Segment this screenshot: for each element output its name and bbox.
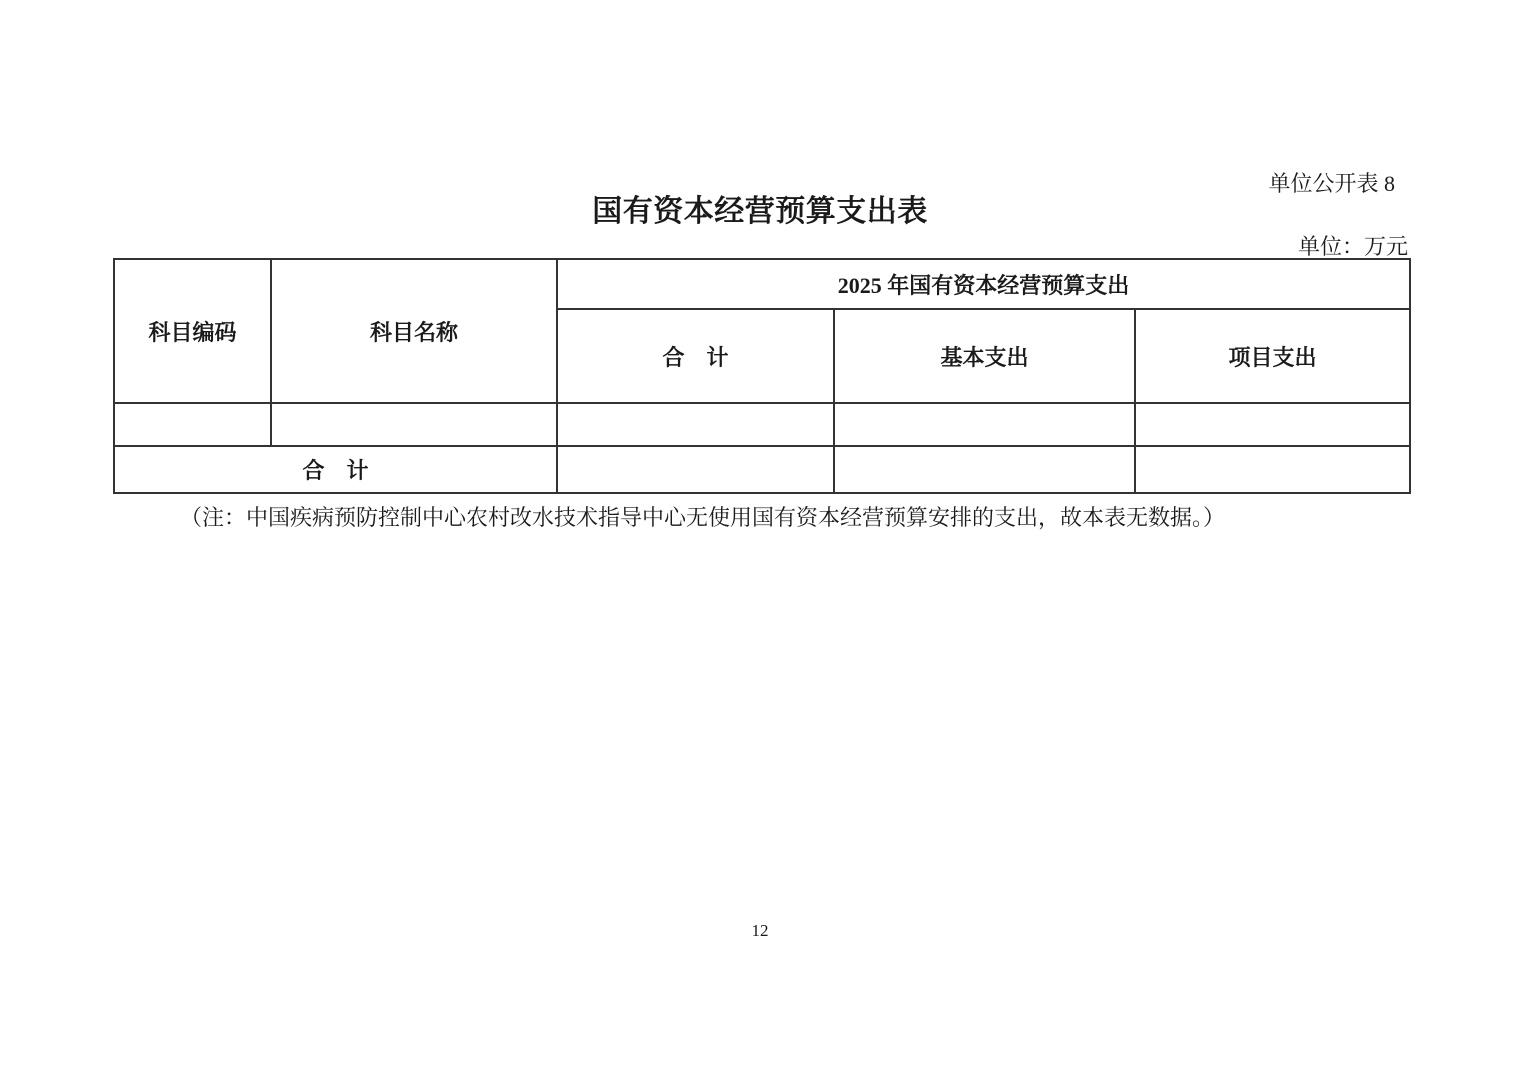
header-subject-name: 科目名称 xyxy=(271,259,557,403)
total-row: 合 计 xyxy=(114,446,1410,493)
header-basic-expenditure: 基本支出 xyxy=(834,309,1135,403)
header-subject-code: 科目编码 xyxy=(114,259,271,403)
total-cell-basic xyxy=(834,446,1135,493)
cell-project xyxy=(1135,403,1410,446)
page-number: 12 xyxy=(0,921,1520,941)
header-year-group: 2025 年国有资本经营预算支出 xyxy=(557,259,1410,309)
cell-name xyxy=(271,403,557,446)
document-page: 单位公开表 8 国有资本经营预算支出表 单位：万元 科目编码 科目名称 2025… xyxy=(0,0,1520,1074)
cell-total xyxy=(557,403,834,446)
total-row-label: 合 计 xyxy=(114,446,557,493)
header-row-top: 科目编码 科目名称 2025 年国有资本经营预算支出 xyxy=(114,259,1410,309)
page-title: 国有资本经营预算支出表 xyxy=(0,194,1520,230)
header-total: 合 计 xyxy=(557,309,834,403)
cell-code xyxy=(114,403,271,446)
header-project-expenditure: 项目支出 xyxy=(1135,309,1410,403)
table-row xyxy=(114,403,1410,446)
total-cell-total xyxy=(557,446,834,493)
cell-basic xyxy=(834,403,1135,446)
total-cell-project xyxy=(1135,446,1410,493)
footnote: （注：中国疾病预防控制中心农村改水技术指导中心无使用国有资本经营预算安排的支出，… xyxy=(180,503,1225,533)
budget-table: 科目编码 科目名称 2025 年国有资本经营预算支出 合 计 基本支出 项目支出… xyxy=(113,258,1411,494)
unit-of-measure-label: 单位：万元 xyxy=(1298,234,1408,260)
